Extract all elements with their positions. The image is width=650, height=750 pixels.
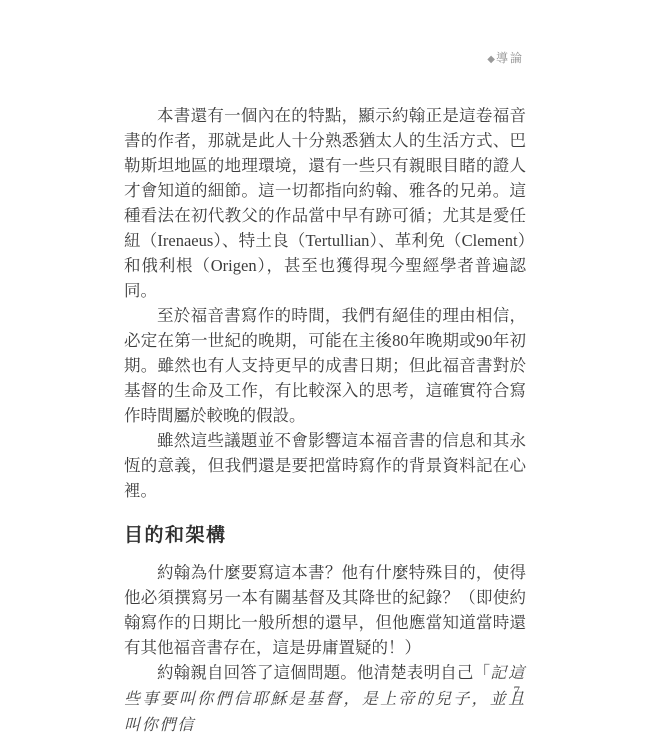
- paragraph-with-quote: 約翰親自回答了這個問題。他清楚表明自己「記這些事要叫你們信耶穌是基督，是上帝的兒…: [124, 660, 526, 738]
- running-header: ◆導論: [487, 50, 524, 68]
- paragraph-dating: 至於福音書寫作的時間，我們有絕佳的理由相信，必定在第一世紀的晚期，可能在主後80…: [124, 303, 526, 428]
- paragraph-authorship: 本書還有一個內在的特點，顯示約翰正是這卷福音書的作者，那就是此人十分熟悉猶太人的…: [124, 103, 526, 303]
- section-heading: 目的和架構: [124, 523, 526, 548]
- running-header-label: 導論: [496, 51, 524, 65]
- page-number: 7: [514, 683, 521, 699]
- paragraph-lead: 約翰親自回答了這個問題。他清楚表明自己「: [157, 663, 490, 682]
- book-page: ◆導論 本書還有一個內在的特點，顯示約翰正是這卷福音書的作者，那就是此人十分熟悉…: [0, 0, 650, 750]
- paragraph-background: 雖然這些議題並不會影響這本福音書的信息和其永恆的意義，但我們還是要把當時寫作的背…: [124, 428, 526, 503]
- paragraph-purpose: 約翰為什麼要寫這本書？他有什麼特殊目的，使得他必須撰寫另一本有關基督及其降世的紀…: [124, 560, 526, 660]
- diamond-icon: ◆: [487, 54, 496, 65]
- text-block: 本書還有一個內在的特點，顯示約翰正是這卷福音書的作者，那就是此人十分熟悉猶太人的…: [124, 103, 526, 738]
